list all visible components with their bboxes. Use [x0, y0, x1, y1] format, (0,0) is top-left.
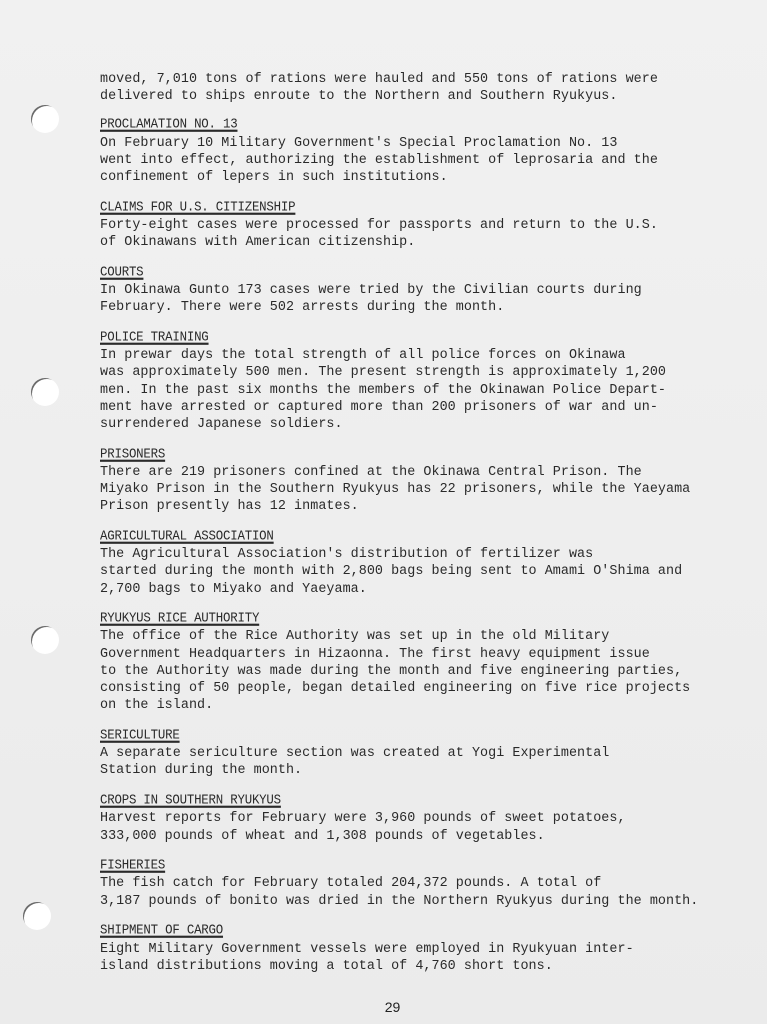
section-police-training: POLICE TRAINING In prewar days the total…	[100, 330, 720, 433]
section-heading: CLAIMS FOR U.S. CITIZENSHIP	[100, 198, 295, 217]
section-body: The fish catch for February totaled 204,…	[100, 875, 720, 909]
section-fisheries: FISHERIES The fish catch for February to…	[100, 858, 720, 910]
section-heading: SHIPMENT OF CARGO	[100, 922, 223, 941]
section-courts: COURTS In Okinawa Gunto 173 cases were t…	[100, 265, 720, 317]
section-prisoners: PRISONERS There are 219 prisoners confin…	[100, 447, 720, 516]
section-heading: FISHERIES	[100, 857, 165, 876]
section-agricultural-association: AGRICULTURAL ASSOCIATION The Agricultura…	[100, 529, 720, 598]
section-heading: CROPS IN SOUTHERN RYUKYUS	[100, 792, 281, 811]
section-body: The Agricultural Association's distribut…	[100, 546, 720, 598]
section-rice-authority: RYUKYUS RICE AUTHORITY The office of the…	[100, 611, 720, 714]
section-body: In Okinawa Gunto 173 cases were tried by…	[100, 282, 720, 316]
section-heading: COURTS	[100, 263, 143, 282]
section-heading: POLICE TRAINING	[100, 329, 209, 348]
section-body: On February 10 Military Government's Spe…	[100, 135, 720, 187]
section-crops: CROPS IN SOUTHERN RYUKYUS Harvest report…	[100, 793, 720, 845]
punch-hole-icon	[31, 105, 59, 133]
section-body: In prewar days the total strength of all…	[100, 347, 720, 433]
punch-hole-icon	[31, 626, 59, 654]
section-body: A separate sericulture section was creat…	[100, 745, 720, 779]
section-heading: AGRICULTURAL ASSOCIATION	[100, 528, 274, 547]
section-body: Eight Military Government vessels were e…	[100, 941, 720, 975]
section-heading: SERICULTURE	[100, 727, 180, 746]
section-proclamation: PROCLAMATION NO. 13 On February 10 Milit…	[100, 117, 720, 186]
document-page: moved, 7,010 tons of rations were hauled…	[0, 0, 767, 1024]
document-body: moved, 7,010 tons of rations were hauled…	[100, 71, 720, 988]
page-number: 29	[0, 999, 767, 1015]
section-body: There are 219 prisoners confined at the …	[100, 464, 720, 516]
punch-hole-icon	[31, 378, 59, 406]
section-body: Harvest reports for February were 3,960 …	[100, 810, 720, 844]
section-shipment-cargo: SHIPMENT OF CARGO Eight Military Governm…	[100, 923, 720, 975]
section-heading: PROCLAMATION NO. 13	[100, 116, 237, 135]
section-sericulture: SERICULTURE A separate sericulture secti…	[100, 728, 720, 780]
section-body: The office of the Rice Authority was set…	[100, 628, 720, 714]
section-heading: RYUKYUS RICE AUTHORITY	[100, 610, 259, 629]
section-heading: PRISONERS	[100, 445, 165, 464]
section-claims-citizenship: CLAIMS FOR U.S. CITIZENSHIP Forty-eight …	[100, 200, 720, 252]
lead-paragraph: moved, 7,010 tons of rations were hauled…	[100, 71, 720, 105]
punch-hole-icon	[23, 902, 51, 930]
section-body: Forty-eight cases were processed for pas…	[100, 217, 720, 251]
